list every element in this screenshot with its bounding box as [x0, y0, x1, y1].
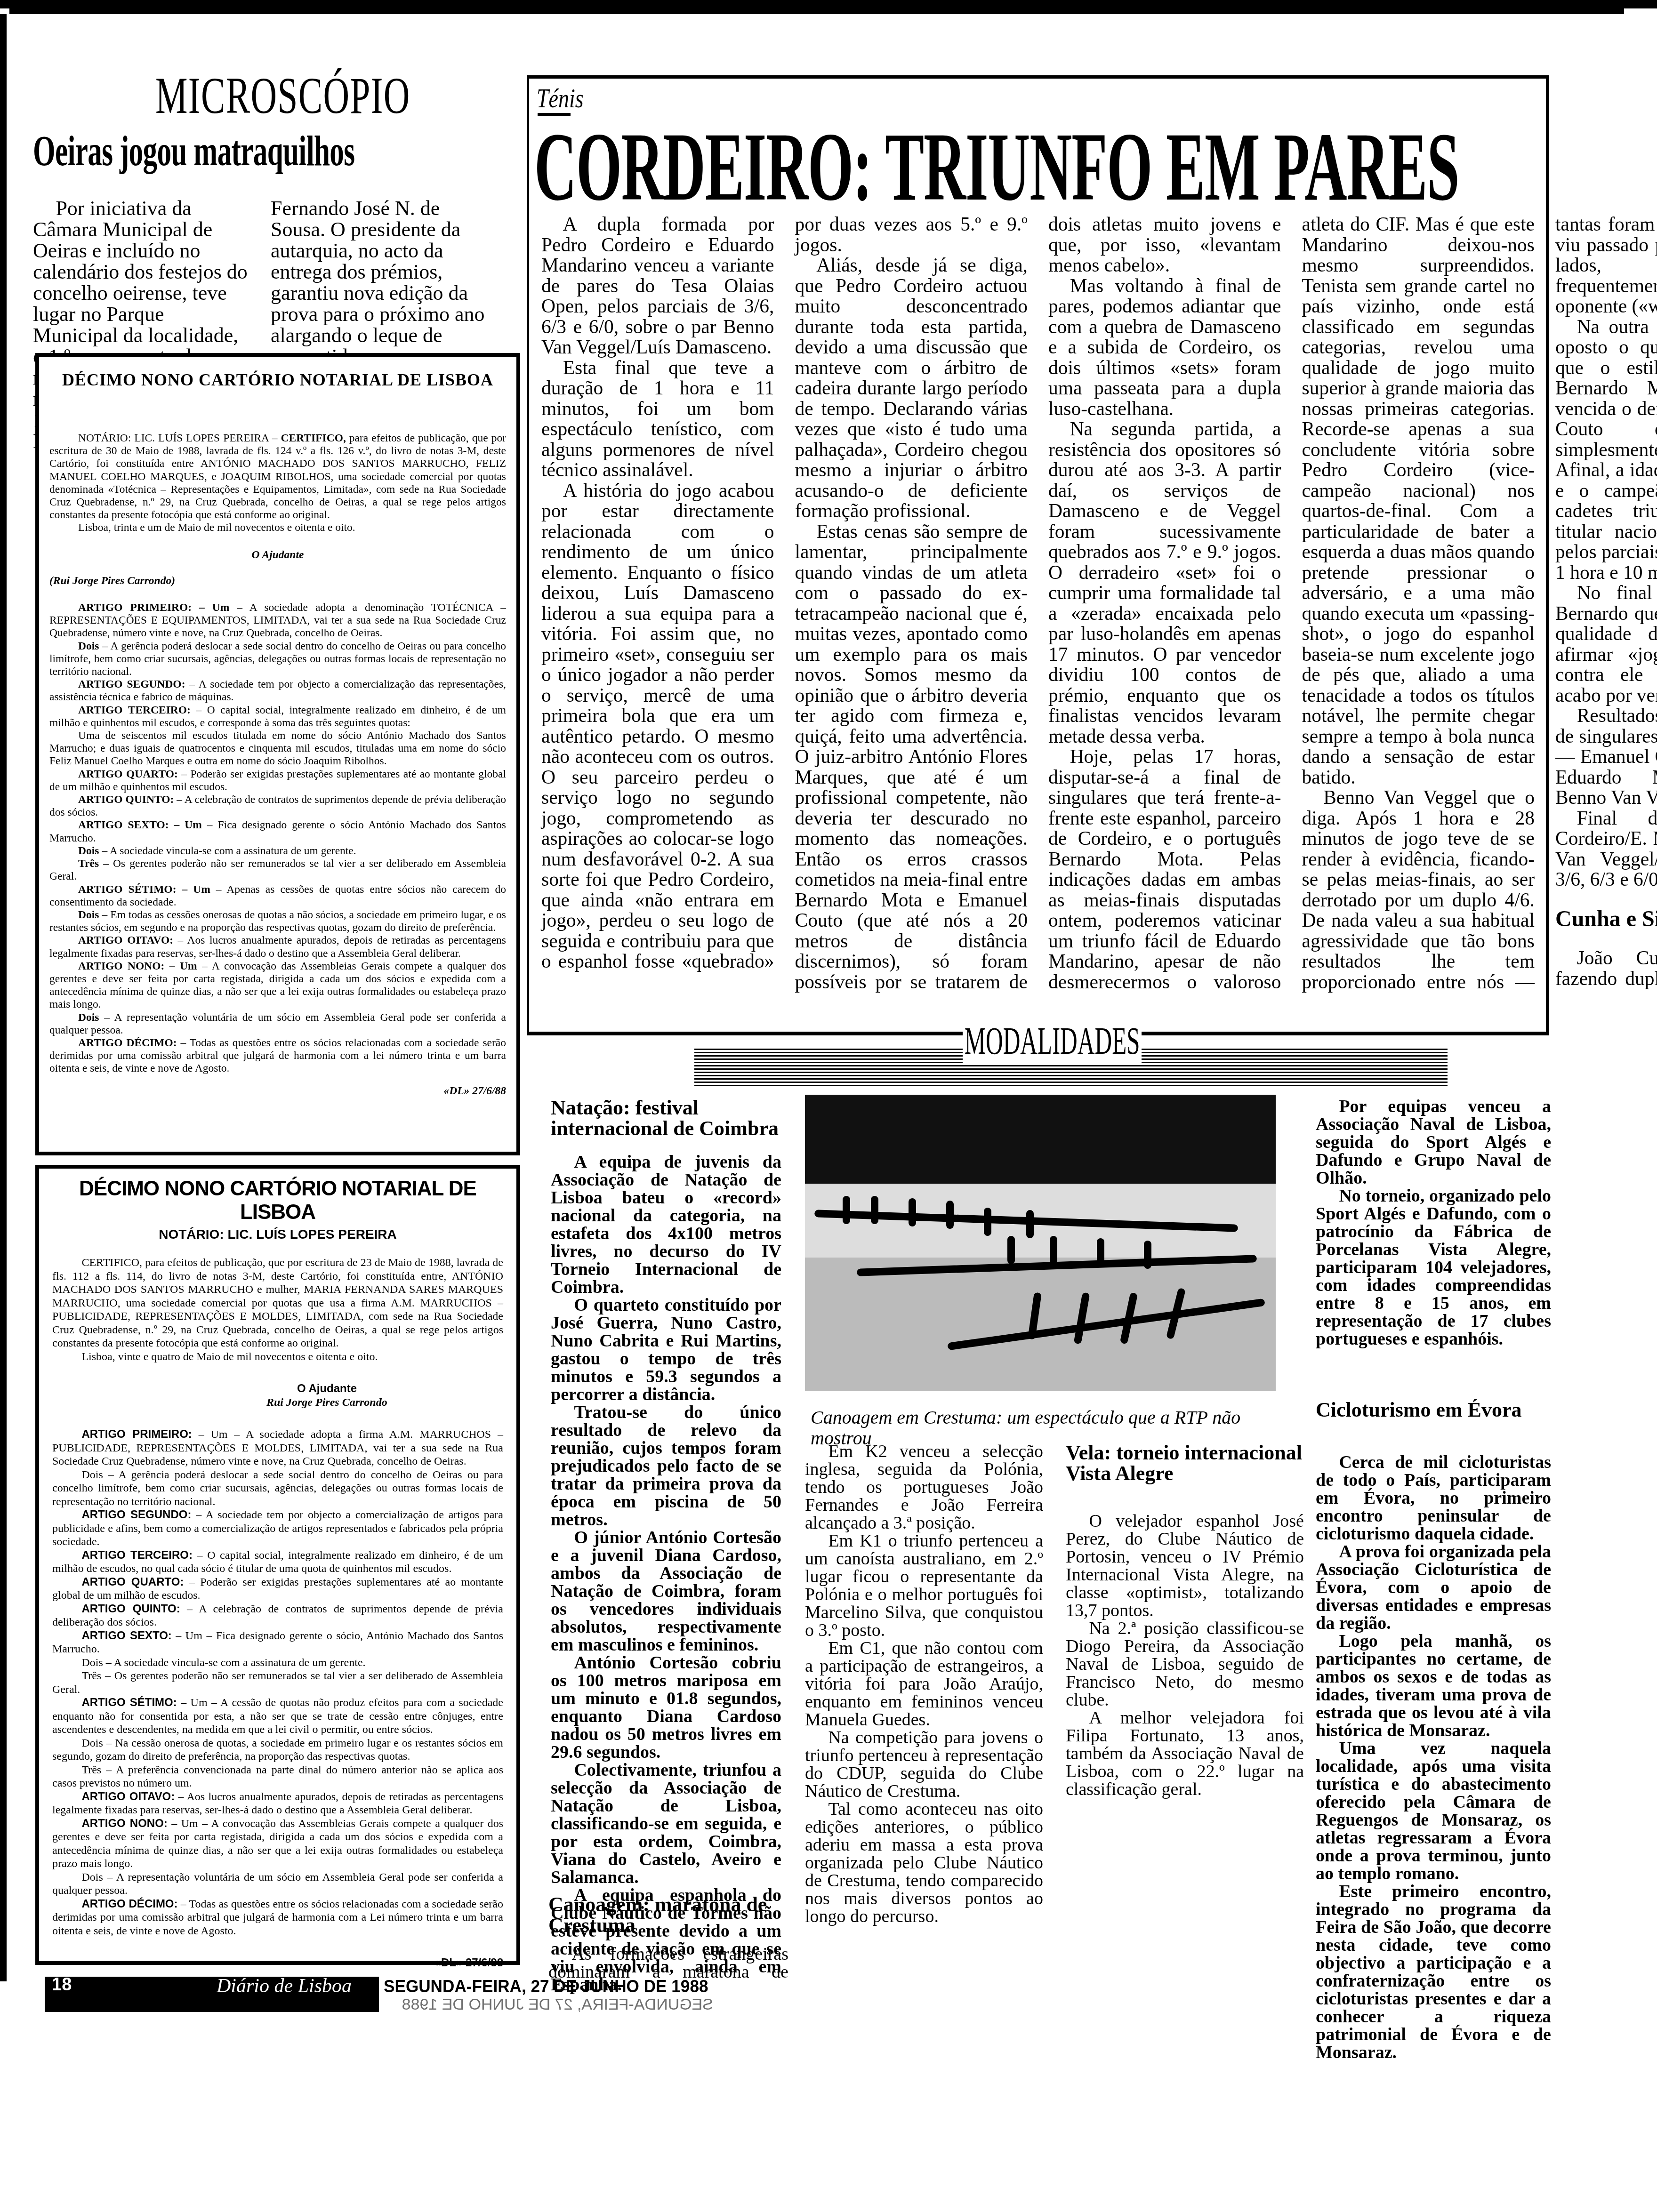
article-paragraph: Mas voltando à final de pares, podemos a…: [1048, 276, 1281, 419]
section-title-modalidades: MODALIDADES: [963, 1019, 1142, 1063]
legal-article: ARTIGO SEGUNDO: – A sociedade tem por ob…: [52, 1508, 503, 1549]
paragraph-list: Cerca de mil cicloturistas de todo o Paí…: [1316, 1453, 1551, 2061]
legal-article: Uma de seiscentos mil escudos titulada e…: [49, 729, 506, 768]
article-list: ARTIGO PRIMEIRO: – Um – A sociedade adop…: [49, 601, 506, 1075]
place-date: Lisboa, trinta e um de Maio de mil novec…: [49, 521, 506, 534]
article-paragraph: A equipa de juvenis da Associação de Nat…: [551, 1153, 781, 1296]
legal-notice-title: DÉCIMO NONO CARTÓRIO NOTARIAL DE LISBOA: [39, 1177, 516, 1224]
article-headline-cicloturismo: Cicloturismo em Évora: [1316, 1400, 1551, 1420]
article-vela-cont-cicloturismo: Por equipas venceu a Associação Naval de…: [1316, 1098, 1551, 2061]
article-label: ARTIGO OITAVO:: [78, 934, 173, 946]
article-paragraph: A prova foi organizada pela Associação C…: [1316, 1543, 1551, 1632]
legal-article: ARTIGO OITAVO: – Aos lucros anualmente a…: [49, 934, 506, 960]
article-text: – Em todas as cessões onerosas de quotas…: [49, 909, 506, 934]
page-number: 18: [52, 1975, 72, 1995]
article-paragraph: O velejador espanhol José Perez, do Club…: [1066, 1512, 1304, 1619]
legal-notice-intro: NOTÁRIO: LIC. LUÍS LOPES PEREIRA – CERTI…: [49, 432, 506, 521]
legal-article: ARTIGO SEGUNDO: – A sociedade tem por ob…: [49, 678, 506, 704]
article-paragraph: Em K2 venceu a selecção inglesa, seguida…: [805, 1443, 1043, 1532]
article-label: Dois: [78, 1011, 99, 1024]
legal-article: Dois – A representação voluntária de um …: [49, 1011, 506, 1037]
article-label: ARTIGO SÉTIMO: – Um: [78, 883, 210, 896]
article-paragraph: Em K1 o triunfo pertenceu a um canoísta …: [805, 1532, 1043, 1639]
article-paragraph: Este primeiro encontro, integrado no pro…: [1316, 1883, 1551, 2061]
legal-article: Dois – Em todas as cessões onerosas de q…: [49, 909, 506, 934]
legal-article: Dois – A sociedade vincula-se com a assi…: [49, 845, 506, 858]
article-paragraph: Colectivamente, triunfou a selecção da A…: [551, 1761, 781, 1886]
article-canoagem-head: Canoagem: maratona de Crestuma As formaç…: [548, 1894, 788, 1981]
legal-article: Dois – A representação voluntária de um …: [52, 1871, 503, 1898]
article-paragraph: Na segunda partida, a resistência dos op…: [1048, 419, 1281, 746]
publication-name: Diário de Lisboa: [217, 1975, 352, 1997]
article-label: ARTIGO QUINTO:: [78, 793, 174, 806]
legal-article: ARTIGO QUINTO: – A celebração de contrat…: [49, 793, 506, 819]
legal-article: ARTIGO NONO: – Um – A convocação das Ass…: [52, 1817, 503, 1871]
article-text: Dois – A sociedade vincula-se com a assi…: [81, 1657, 365, 1669]
paragraph-list: O velejador espanhol José Perez, do Club…: [1066, 1512, 1304, 1798]
paragraph-list: A dupla formada por Pedro Cordeiro e Edu…: [541, 214, 1657, 1005]
publication-ref: «DL» 27/6/88: [49, 1085, 506, 1098]
page-top-border: [0, 0, 1657, 8]
subhead-cunha-silva: Cunha e Silva perde: [1555, 909, 1657, 930]
article-natacao: Natação: festival internacional de Coimb…: [551, 1098, 781, 1994]
legal-notice-subtitle: NOTÁRIO: LIC. LUÍS LOPES PEREIRA: [39, 1227, 516, 1242]
article-paragraph: Por equipas venceu a Associação Naval de…: [1316, 1098, 1551, 1187]
article-paragraph: Final de pares: P. Cordeiro/E. Mandarino…: [1555, 808, 1657, 890]
legal-article: Dois – A gerência poderá deslocar a sede…: [52, 1468, 503, 1509]
article-headline-oeiras: Oeiras jogou matraquilhos: [33, 127, 354, 176]
paragraph-list: A equipa de juvenis da Associação de Nat…: [551, 1153, 781, 1994]
paragraph-list: Por equipas venceu a Associação Naval de…: [1316, 1098, 1551, 1348]
article-label: ARTIGO SEGUNDO:: [81, 1508, 191, 1521]
legal-notice-intro: CERTIFICO, para efeitos de publicação, q…: [52, 1256, 503, 1350]
section-kicker-tenis: Ténis: [537, 84, 584, 114]
article-headline-canoagem: Canoagem: maratona de Crestuma: [548, 1894, 788, 1936]
photo-canoeing-crestuma: [805, 1095, 1276, 1391]
article-label: ARTIGO SÉTIMO:: [81, 1696, 177, 1709]
legal-article: ARTIGO QUARTO: – Poderão ser exigidas pr…: [49, 768, 506, 793]
legal-notice-body: NOTÁRIO: LIC. LUÍS LOPES PEREIRA – CERTI…: [39, 432, 516, 1098]
legal-article: ARTIGO NONO: – Um – A convocação das Ass…: [49, 960, 506, 1011]
article-label: ARTIGO QUINTO:: [81, 1603, 180, 1615]
legal-notice-title: DÉCIMO NONO CARTÓRIO NOTARIAL DE LISBOA: [39, 370, 516, 390]
article-text: – A sociedade vincula-se com a assinatur…: [99, 845, 356, 857]
legal-article: ARTIGO QUINTO: – A celebração de contrat…: [52, 1603, 503, 1629]
page-left-border: [0, 14, 7, 1981]
section-title-microscopio: MICROSCÓPIO: [155, 66, 410, 126]
signer-name: Rui Jorge Pires Carrondo: [266, 1396, 503, 1410]
legal-article: Três – Os gerentes poderão não ser remun…: [49, 858, 506, 883]
article-label: ARTIGO QUARTO:: [78, 768, 178, 780]
publication-ref: «DL» 27/6/88: [52, 1956, 503, 1970]
intro-text: para efeitos de publicação, que por escr…: [49, 432, 506, 521]
article-lead: As formações estrangeiras dominaram a ma…: [548, 1945, 788, 1981]
legal-article: ARTIGO SÉTIMO: – Um – A cessão de quotas…: [52, 1696, 503, 1737]
article-label: ARTIGO PRIMEIRO:: [81, 1428, 192, 1441]
legal-article: ARTIGO OITAVO: – Aos lucros anualmente a…: [52, 1790, 503, 1817]
article-text: – A gerência poderá deslocar a sede soci…: [49, 640, 506, 678]
certificate-label: CERTIFICO,: [281, 432, 346, 444]
article-text: Uma de seiscentos mil escudos titulada e…: [49, 729, 506, 767]
article-headline-natacao: Natação: festival internacional de Coimb…: [551, 1098, 781, 1139]
legal-article: ARTIGO PRIMEIRO: – Um – A sociedade adop…: [52, 1428, 503, 1468]
article-label: ARTIGO PRIMEIRO: – Um: [78, 601, 229, 614]
article-label: Três: [78, 858, 99, 870]
paragraph-list: Em K2 venceu a selecção inglesa, seguida…: [805, 1443, 1043, 1925]
article-paragraph: No final foi o próprio Bernardo quem nos…: [1555, 583, 1657, 705]
article-list: ARTIGO PRIMEIRO: – Um – A sociedade adop…: [52, 1428, 503, 1938]
article-label: Dois: [78, 640, 99, 652]
legal-article: ARTIGO PRIMEIRO: – Um – A sociedade adop…: [49, 601, 506, 640]
article-paragraph: No torneio, organizado pelo Sport Algés …: [1316, 1187, 1551, 1348]
article-paragraph: A dupla formada por Pedro Cordeiro e Edu…: [541, 214, 774, 358]
legal-article: Dois – A gerência poderá deslocar a sede…: [49, 640, 506, 679]
legal-notice-1: DÉCIMO NONO CARTÓRIO NOTARIAL DE LISBOA …: [35, 353, 520, 1155]
signer-name: (Rui Jorge Pires Carrondo): [49, 575, 506, 587]
article-label: ARTIGO SEXTO:: [81, 1629, 171, 1642]
article-paragraph: Cerca de mil cicloturistas de todo o Paí…: [1316, 1453, 1551, 1543]
article-label: ARTIGO DÉCIMO:: [78, 1037, 177, 1049]
signer-title: O Ajudante: [49, 549, 506, 561]
issue-date: SEGUNDA-FEIRA, 27 DE JUNHO DE 1988: [384, 1977, 708, 1996]
legal-article: Dois – A sociedade vincula-se com a assi…: [52, 1656, 503, 1670]
legal-notice-body: CERTIFICO, para efeitos de publicação, q…: [39, 1256, 516, 1970]
legal-article: ARTIGO DÉCIMO: – Todas as questões entre…: [49, 1037, 506, 1075]
page-top-border-inner: [9, 8, 1624, 14]
article-text: Três – A preferência convencionada na pa…: [52, 1764, 503, 1790]
article-paragraph: Resultados: Meias-finais de singulares: …: [1555, 705, 1657, 808]
article-label: Dois: [78, 845, 99, 857]
legal-article: Três – Os gerentes poderão não ser remun…: [52, 1669, 503, 1696]
legal-notice-2: DÉCIMO NONO CARTÓRIO NOTARIAL DE LISBOA …: [35, 1165, 520, 1965]
article-paragraph: Esta final que teve a duração de 1 hora …: [541, 358, 774, 481]
place-date: Lisboa, vinte e quatro de Maio de mil no…: [52, 1350, 503, 1364]
article-canoagem-vela: Em K2 venceu a selecção inglesa, seguida…: [805, 1443, 1304, 1960]
article-label: ARTIGO OITAVO:: [81, 1790, 175, 1803]
signer-title: O Ajudante: [297, 1382, 503, 1396]
notary-name: NOTÁRIO: LIC. LUÍS LOPES PEREIRA –: [78, 432, 281, 444]
article-paragraph: Na outra meia-final foi o oposto o que a…: [1555, 317, 1657, 583]
article-label: ARTIGO NONO: – Um: [78, 960, 197, 972]
legal-article: Três – A preferência convencionada na pa…: [52, 1763, 503, 1790]
article-label: ARTIGO DÉCIMO:: [81, 1898, 177, 1910]
article-label: ARTIGO TERCEIRO:: [78, 704, 191, 716]
article-paragraph: António Cortesão cobriu os 100 metros ma…: [551, 1654, 781, 1761]
article-paragraph: A melhor velejadora foi Filipa Fortunato…: [1066, 1709, 1304, 1798]
legal-article: ARTIGO QUARTO: – Poderão ser exigidas pr…: [52, 1576, 503, 1603]
article-paragraph: Na 2.ª posição classificou-se Diogo Pere…: [1066, 1619, 1304, 1709]
article-label: ARTIGO SEGUNDO:: [78, 678, 185, 690]
article-paragraph: Uma vez naquela localidade, após uma vis…: [1316, 1739, 1551, 1883]
article-text: Dois – A gerência poderá deslocar a sede…: [52, 1469, 503, 1508]
article-label: ARTIGO NONO:: [81, 1817, 167, 1830]
article-headline-cordeiro: CORDEIRO: TRIUNFO EM PARES: [534, 118, 1459, 216]
legal-article: ARTIGO SEXTO: – Um – Fica designado gere…: [52, 1629, 503, 1656]
article-paragraph: Em C1, que não contou com a participação…: [805, 1639, 1043, 1729]
article-paragraph: Tratou-se do único resultado de relevo d…: [551, 1403, 781, 1529]
legal-article: ARTIGO SEXTO: – Um – Fica designado gere…: [49, 819, 506, 844]
article-paragraph: Aliás, desde já se diga, que Pedro Corde…: [795, 255, 1028, 521]
article-paragraph: O júnior António Cortesão e a juvenil Di…: [551, 1529, 781, 1654]
legal-article: ARTIGO TERCEIRO: – O capital social, int…: [52, 1549, 503, 1576]
legal-article: ARTIGO TERCEIRO: – O capital social, int…: [49, 704, 506, 729]
article-label: ARTIGO SEXTO: – Um: [78, 819, 202, 831]
article-label: Dois: [78, 909, 99, 921]
article-paragraph: Na competição para jovens o triunfo pert…: [805, 1729, 1043, 1800]
article-label: ARTIGO QUARTO:: [81, 1576, 184, 1588]
legal-article: ARTIGO SÉTIMO: – Um – Apenas as cessões …: [49, 883, 506, 909]
article-text: Dois – Na cessão onerosa de quotas, a so…: [52, 1737, 503, 1763]
issue-date-bleedthrough: SEGUNDA-FEIRA, 27 DE JUNHO DE 1988: [384, 1996, 713, 2014]
article-paragraph: O quarteto constituído por José Guerra, …: [551, 1296, 781, 1403]
legal-article: Dois – Na cessão onerosa de quotas, a so…: [52, 1737, 503, 1763]
article-body-tennis: A dupla formada por Pedro Cordeiro e Edu…: [541, 214, 1535, 1005]
article-text: Três – Os gerentes poderão não ser remun…: [52, 1670, 503, 1696]
article-text: – Os gerentes poderão não ser remunerado…: [49, 858, 506, 882]
article-label: ARTIGO TERCEIRO:: [81, 1549, 193, 1562]
article-text: – A representação voluntária de um sócio…: [49, 1011, 506, 1036]
article-paragraph: Tal como aconteceu nas oito edições ante…: [805, 1800, 1043, 1925]
article-paragraph: Logo pela manhã, os participantes no cer…: [1316, 1632, 1551, 1739]
legal-article: ARTIGO DÉCIMO: – Todas as questões entre…: [52, 1898, 503, 1938]
article-headline-vela: Vela: torneio internacional Vista Alegre: [1066, 1443, 1304, 1484]
article-text: Dois – A representação voluntária de um …: [52, 1871, 503, 1897]
